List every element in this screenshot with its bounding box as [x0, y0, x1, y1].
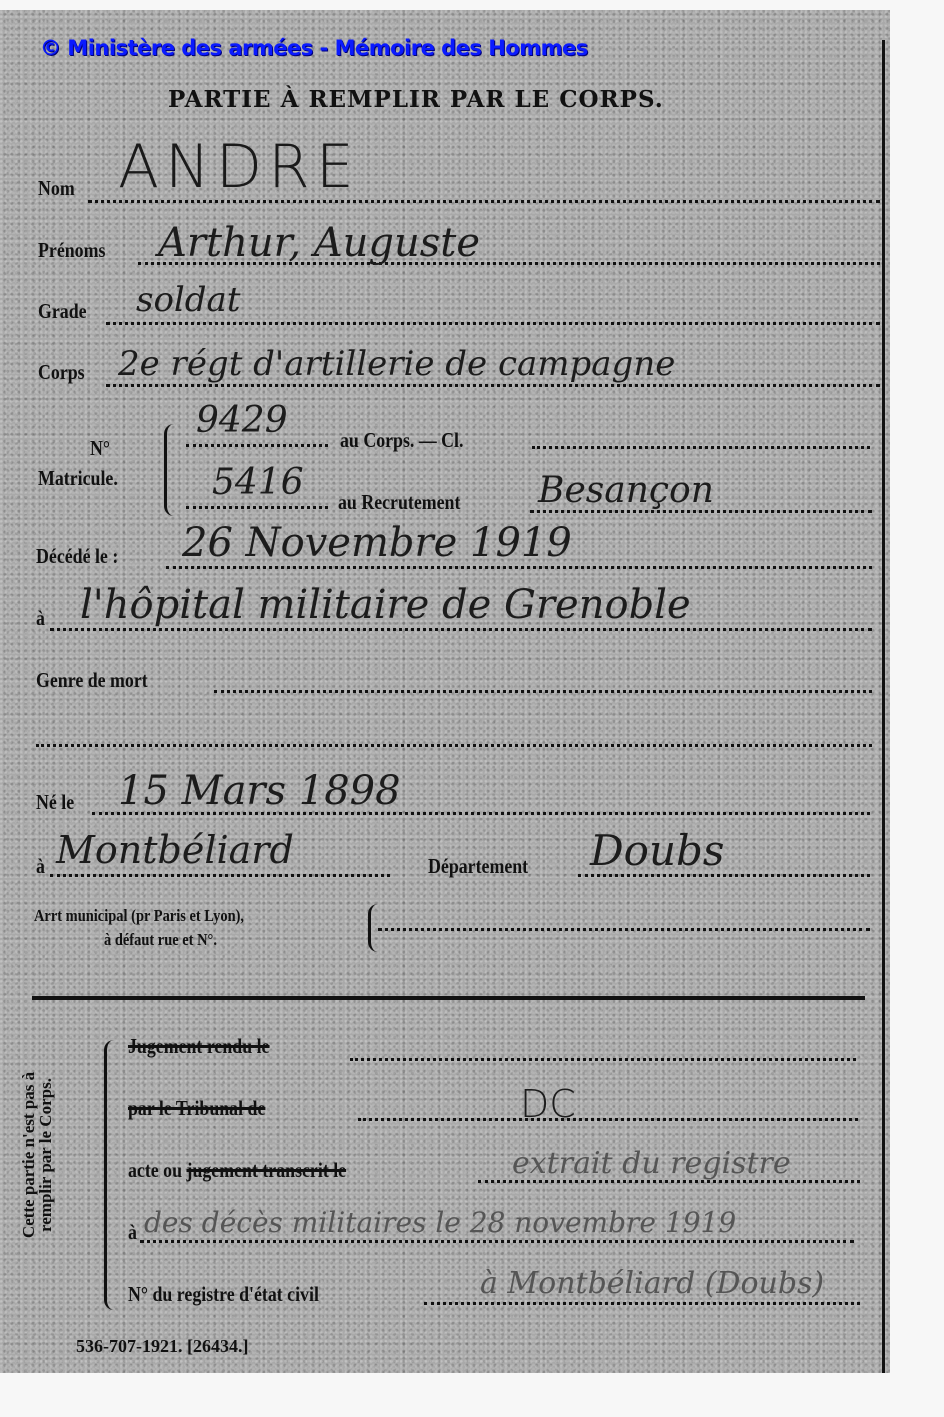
- recrutement-number: 5416: [212, 462, 304, 503]
- arrondissement-label-2: à défaut rue et N°.: [104, 930, 217, 950]
- deces-lieu-label: à: [36, 606, 45, 631]
- acte-label-plain: acte ou: [128, 1158, 182, 1182]
- ne-a-value: Montbéliard: [56, 828, 294, 872]
- recrutement-value: Besançon: [538, 470, 714, 511]
- au-corps-number: 9429: [196, 400, 288, 441]
- classe-line: [532, 446, 870, 449]
- departement-label: Département: [428, 854, 528, 879]
- recrutement-number-line: [186, 506, 328, 509]
- lower-a-value: des décès militaires le 28 novembre 1919: [144, 1206, 736, 1239]
- deces-lieu-line: [50, 628, 872, 631]
- corps-label: Corps: [38, 360, 85, 385]
- corps-line: [106, 384, 880, 387]
- lower-section-brace: [104, 1040, 115, 1310]
- au-corps-label: au Corps. — Cl.: [340, 428, 463, 453]
- matricule-label: Matricule.: [38, 466, 118, 491]
- recrutement-label: au Recrutement: [338, 490, 460, 515]
- genre-de-mort-line: [214, 690, 872, 693]
- grade-value: soldat: [136, 280, 241, 320]
- nom-value: ANDRE: [118, 132, 360, 202]
- page-border: [882, 40, 885, 1373]
- ne-a-line: [50, 874, 390, 877]
- jugement-rendu-line: [350, 1058, 856, 1061]
- tribunal-value: DC: [520, 1082, 576, 1126]
- au-corps-line: [186, 444, 328, 447]
- nom-label: Nom: [38, 176, 75, 201]
- arrondissement-label-1: Arrt municipal (pr Paris et Lyon),: [34, 906, 244, 926]
- ne-le-label: Né le: [36, 790, 74, 815]
- grade-line: [106, 322, 880, 325]
- registre-value: à Montbéliard (Doubs): [480, 1266, 824, 1301]
- deces-date-label: Décédé le :: [36, 544, 118, 569]
- departement-value: Doubs: [590, 826, 724, 875]
- arrondissement-line: [378, 928, 870, 931]
- prenoms-value: Arthur, Auguste: [158, 220, 480, 266]
- section-divider: [32, 996, 865, 1000]
- tribunal-label: par le Tribunal de: [128, 1096, 265, 1121]
- deces-lieu-value: l'hôpital militaire de Grenoble: [80, 582, 691, 628]
- copyright-watermark: © Ministère des armées - Mémoire des Hom…: [40, 36, 588, 60]
- registre-label: N° du registre d'état civil: [128, 1282, 319, 1307]
- grade-label: Grade: [38, 299, 87, 324]
- deces-date-value: 26 Novembre 1919: [182, 520, 572, 566]
- deces-date-line: [166, 566, 872, 569]
- matricule-no-label: N°: [90, 436, 110, 461]
- jugement-rendu-label: Jugement rendu le: [128, 1034, 269, 1059]
- genre-de-mort-line-2: [36, 744, 872, 747]
- form-title: PARTIE À REMPLIR PAR LE CORPS.: [168, 86, 664, 113]
- corps-value: 2e régt d'artillerie de campagne: [118, 344, 675, 384]
- prenoms-label: Prénoms: [38, 238, 105, 263]
- acte-label-struck: jugement transcrit le: [187, 1158, 347, 1182]
- print-reference: 536-707-1921. [26434.]: [76, 1336, 248, 1357]
- lower-a-label: à: [128, 1220, 137, 1245]
- registre-line: [424, 1302, 860, 1305]
- acte-label: acte ou jugement transcrit le: [128, 1158, 346, 1183]
- acte-value: extrait du registre: [512, 1146, 791, 1181]
- tribunal-line: [358, 1118, 858, 1121]
- side-note: Cette partie n'est pas à remplir par le …: [20, 1070, 54, 1240]
- lower-a-line: [140, 1240, 854, 1243]
- genre-de-mort-label: Genre de mort: [36, 668, 148, 693]
- matricule-brace: [164, 424, 175, 516]
- ne-a-label: à: [36, 854, 45, 879]
- ne-le-value: 15 Mars 1898: [118, 768, 401, 814]
